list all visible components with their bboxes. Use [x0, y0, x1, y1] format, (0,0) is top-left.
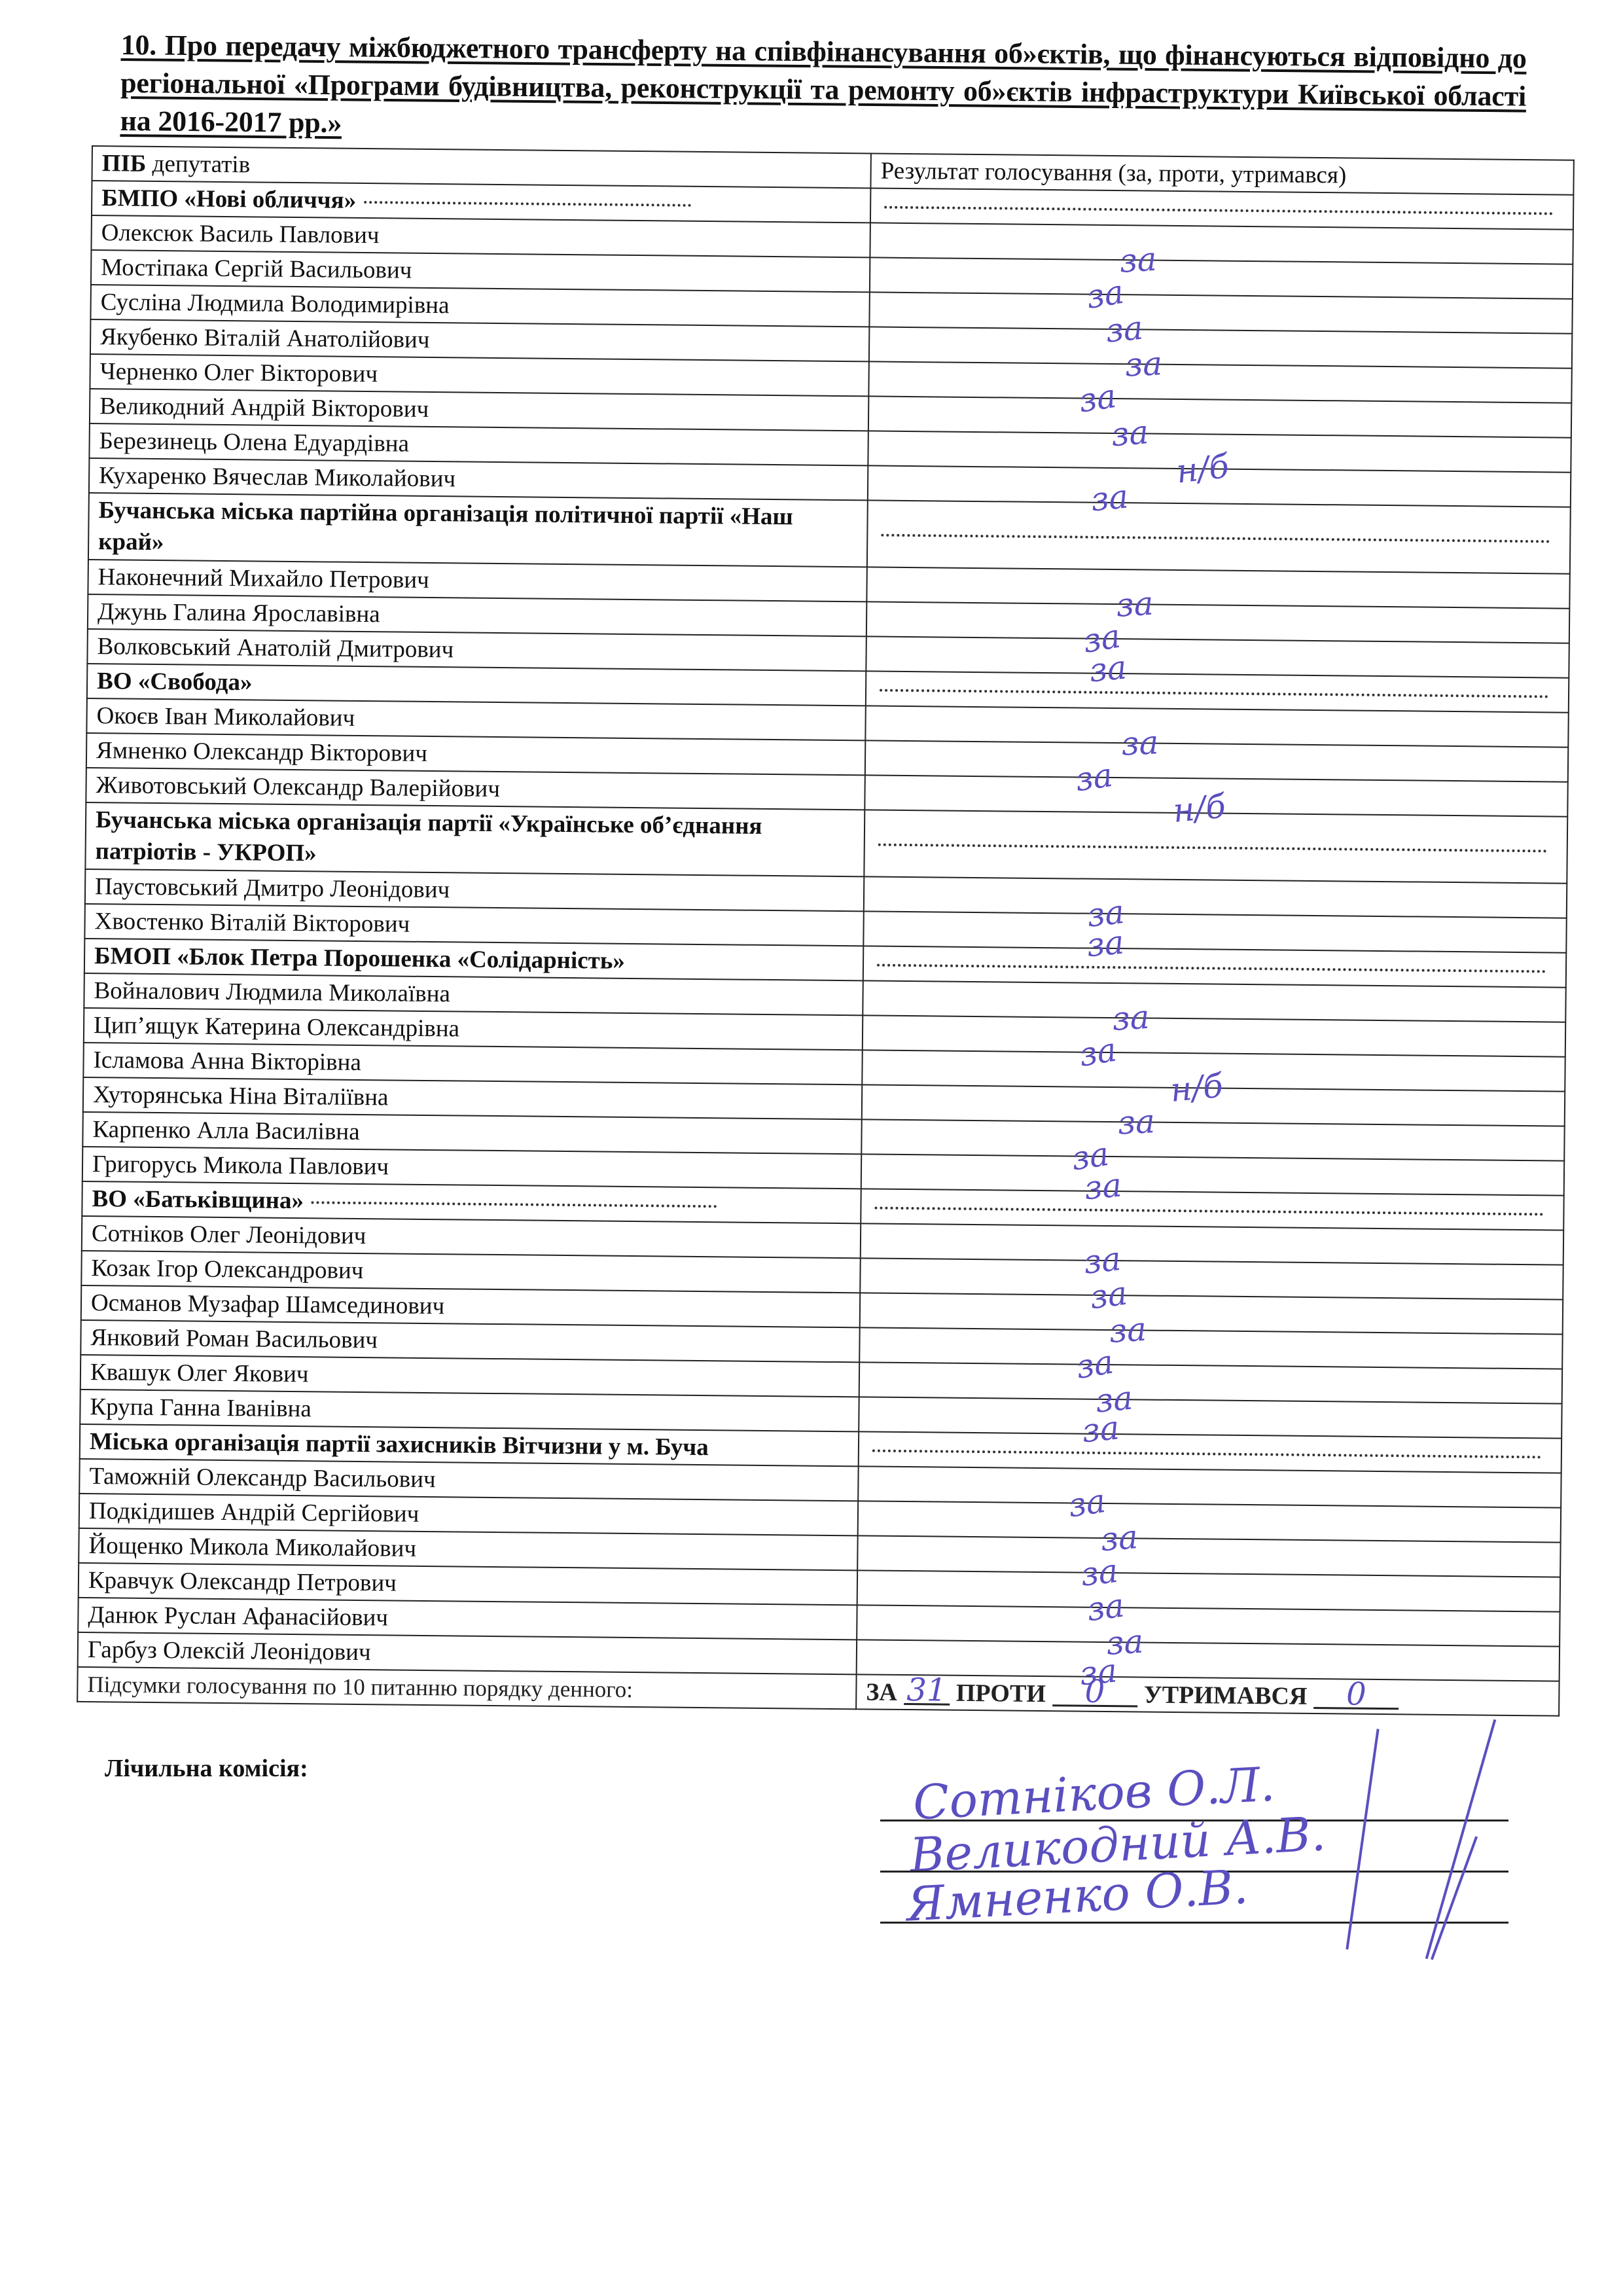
party-name-text: ВО «Батьківщина» — [92, 1185, 304, 1214]
handwritten-vote: за — [1118, 243, 1158, 278]
dotted-filler — [312, 1201, 717, 1208]
party-name-text: Бучанська міська партійна організація по… — [98, 497, 793, 556]
abstain-label: УТРИМАВСЯ — [1144, 1681, 1308, 1710]
dotted-filler — [364, 201, 691, 207]
dotted-filler — [880, 689, 1548, 698]
party-name: Бучанська міська організація партії «Укр… — [85, 802, 865, 876]
for-count: 31 — [904, 1677, 950, 1706]
against-count: 0 — [1052, 1678, 1137, 1707]
handwritten-vote: за — [1124, 347, 1163, 381]
dotted-filler — [881, 534, 1550, 543]
handwritten-vote: за — [1082, 1242, 1122, 1279]
handwritten-vote: за — [1111, 1001, 1150, 1035]
handwritten-vote: за — [1110, 416, 1150, 451]
party-vote-cell — [864, 810, 1567, 883]
dotted-filler — [884, 206, 1553, 215]
party-name-text: БМПО «Нові обличчя» — [101, 185, 356, 214]
party-name: Бучанська міська партійна організація по… — [88, 493, 868, 567]
handwritten-vote: за — [1108, 1313, 1147, 1348]
party-name-text: Бучанська міська організація партії «Укр… — [95, 806, 762, 867]
party-name-text: Міська організація партії захисників Віт… — [90, 1428, 709, 1461]
handwritten-vote: за — [1088, 1277, 1129, 1314]
dotted-filler — [872, 1449, 1541, 1458]
abstain-count: 0 — [1313, 1681, 1399, 1710]
dotted-filler — [877, 963, 1546, 973]
handwritten-vote: за — [1073, 1345, 1116, 1384]
handwritten-vote: за — [1085, 1588, 1126, 1626]
party-vote-cell — [867, 500, 1571, 573]
summary-label: Підсумки голосування по 10 питанню поряд… — [77, 1667, 856, 1709]
header-deputies-label: депутатів — [146, 150, 250, 178]
header-pib-label: ПІБ — [102, 150, 147, 177]
party-name-text: БМОП «Блок Петра Порошенка «Солідарність… — [94, 942, 625, 975]
handwritten-vote: за — [1066, 1484, 1108, 1522]
handwritten-vote: за — [1073, 759, 1115, 797]
handwritten-vote: за — [1104, 312, 1145, 348]
voting-table-container: ПІБ депутатів Результат голосування (за,… — [77, 145, 1575, 1717]
dotted-filler — [874, 1206, 1543, 1215]
handwritten-vote: за — [1099, 1520, 1139, 1556]
dotted-filler — [878, 844, 1547, 853]
against-label: ПРОТИ — [956, 1679, 1046, 1707]
handwritten-vote: за — [1077, 380, 1118, 418]
handwritten-vote: за — [1077, 1033, 1119, 1071]
handwritten-vote: за — [1120, 726, 1159, 760]
counting-commission-label: Лічильна комісія: — [105, 1754, 308, 1783]
party-name-text: ВО «Свобода» — [97, 668, 253, 696]
handwritten-vote: н/б — [1175, 450, 1230, 488]
handwritten-vote: за — [1079, 1554, 1120, 1591]
for-label: ЗА — [866, 1678, 897, 1706]
agenda-item-title: 10. Про передачу міжбюджетного трансферт… — [120, 26, 1527, 154]
handwritten-vote: н/б — [1169, 1069, 1224, 1107]
signature-line — [880, 1922, 1508, 1924]
voting-table: ПІБ депутатів Результат голосування (за,… — [77, 145, 1575, 1717]
handwritten-vote: за — [1084, 276, 1126, 314]
handwritten-vote: за — [1117, 1105, 1156, 1139]
signature-stroke — [1346, 1729, 1379, 1949]
handwritten-vote: за — [1115, 587, 1154, 622]
summary-results: ЗА31ПРОТИ0УТРИМАВСЯ0 — [856, 1674, 1559, 1715]
